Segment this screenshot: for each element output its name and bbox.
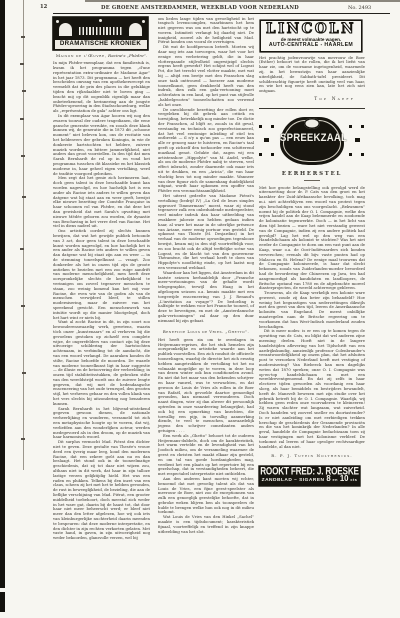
scan-mark	[21, 438, 25, 440]
scan-top-edge	[85, 0, 400, 2]
article-paragraph: In dit exemplaar van Agar hooren wij nog…	[53, 114, 150, 176]
scan-mark	[22, 372, 26, 374]
banner-title: DRAMATISCHE KRONIEK	[60, 42, 141, 47]
lincoln-brand: LINCOLN	[261, 23, 361, 36]
scan-mark	[21, 155, 25, 157]
lincoln-dealer: AUTO-CENTRALE - HAARLEM	[261, 43, 361, 48]
masthead: DE GROENE AMSTERDAMMER, WEEKBLAD VOOR NE…	[90, 5, 310, 11]
article-paragraph: De onvoldoende bezetting der rollen doet…	[158, 108, 254, 194]
article-paragraph: Aan den anderen kant moeten wij echter, …	[158, 477, 254, 515]
scan-mark	[22, 90, 26, 92]
article-paragraph: Ons artistiek oordeel zij slechts kunnen…	[53, 229, 150, 320]
page-fold-line	[23, 0, 24, 470]
ornament-dot	[56, 20, 59, 23]
roeske-brand: ROOKT FRED: J. ROESKE	[260, 469, 359, 475]
scan-mark	[21, 305, 25, 307]
scan-mark	[21, 36, 25, 38]
eerherstel-heading: EERHERSTEL	[259, 172, 365, 177]
article-paragraph: Waardoor kan het liggen, dat Amsterdam i…	[158, 271, 254, 324]
letter-signature: R. P. J. Tutein Nolthenius.	[259, 454, 365, 459]
page-number: 12	[40, 4, 47, 10]
banner-squares-right	[349, 123, 365, 159]
article-paragraph: Sarah Bernhardt in het blijvend-uitsteke…	[53, 407, 150, 441]
letter-paragraph: Dit is meer nodes: is er een op te komen…	[259, 329, 365, 449]
scan-spine-shadow	[0, 0, 5, 588]
letter-paragraph: Met hoe groote belangstelling ook gevolg…	[259, 186, 365, 292]
article-paragraph: Het uiterst gedeelte van Madame Piérat's…	[158, 194, 254, 271]
roeske-unit: cts	[350, 478, 357, 482]
ghetto-heading: Beneficie Louis de Vries. „Ghetto”.	[158, 330, 254, 335]
ghetto-closing-paragraph: Het prachtig jodenvrouwtje van mevrouw d…	[259, 56, 365, 94]
top-naeff-byline: Top Naeff	[259, 98, 355, 103]
article-paragraph: Dit surplus vermocht Mad. Piérat den dic…	[53, 440, 150, 541]
lincoln-ad: LINCOLN de meest volmaakte wagen. AUTO-C…	[260, 20, 362, 52]
header-rule	[53, 13, 390, 14]
spreekzaal-title: SPREEKZAAL	[280, 136, 344, 142]
dramatische-kroniek-banner: DRAMATISCHE KRONIEK	[53, 17, 148, 50]
letter-paragraph: Trouwens, als de Kaap werkelijk een kolo…	[259, 291, 365, 329]
article-paragraph: Men zegt dat het genie zich herinneren l…	[53, 176, 150, 229]
scan-mark	[20, 248, 24, 250]
article-paragraph: Een werk als „Ghetto” behoort tot de oud…	[158, 434, 254, 477]
article-paragraph: In mijn Phèdre-exemplaar, dat een famili…	[53, 61, 150, 114]
article-paragraph: Want al zocht Racine in dit, in zijn soo…	[53, 320, 150, 406]
roeske-product-line: ZANDBLAD – SIGAREN 8 en 10 cts	[260, 477, 359, 484]
banner-squares-left	[259, 123, 275, 159]
ornament-figure-left	[59, 23, 72, 36]
small-divider	[304, 180, 320, 181]
ornament-figure-right	[129, 23, 142, 36]
article-paragraph: Dit wat de hoofdpersoon betreft. Moeten …	[158, 45, 254, 107]
spreekzaal-cartouche: SPREEKZAAL	[280, 117, 344, 165]
article-paragraph: Wat Louis de Vries van den Hinkel „Sache…	[158, 515, 254, 534]
article-paragraph: Het heeft geen zin om te overdagen in He…	[158, 338, 254, 434]
newspaper-page: 12 DE GROENE AMSTERDAMMER, WEEKBLAD VOOR…	[0, 0, 400, 618]
cartouche-crest	[304, 118, 320, 129]
ornament-dot	[142, 20, 145, 23]
spreekzaal-banner: SPREEKZAAL	[259, 116, 365, 166]
column-right: LINCOLN de meest volmaakte wagen. AUTO-C…	[259, 17, 365, 486]
issue-number: No. 2493	[348, 5, 393, 11]
scan-mark	[20, 63, 24, 65]
banner-ornament	[55, 19, 146, 39]
roeske-ad: ROOKT FRED: J. ROESKE ZANDBLAD – SIGAREN…	[259, 466, 360, 486]
column-left: DRAMATISCHE KRONIEK Maison de l'Œuvre, R…	[53, 17, 150, 541]
scan-mark	[22, 196, 26, 198]
section-rule	[259, 108, 365, 109]
ornament-keys	[79, 27, 122, 35]
scan-mark	[20, 118, 24, 120]
scan-spine-shadow-2	[0, 592, 5, 612]
column-middle: om lieden lange tijden van gevoeligheid …	[158, 17, 254, 535]
ornament-dot	[99, 19, 102, 22]
article-title: Maison de l'Œuvre, Racine's „Phèdre”.	[53, 54, 150, 59]
article-paragraph: om lieden lange tijden van gevoeligheid …	[158, 17, 254, 46]
